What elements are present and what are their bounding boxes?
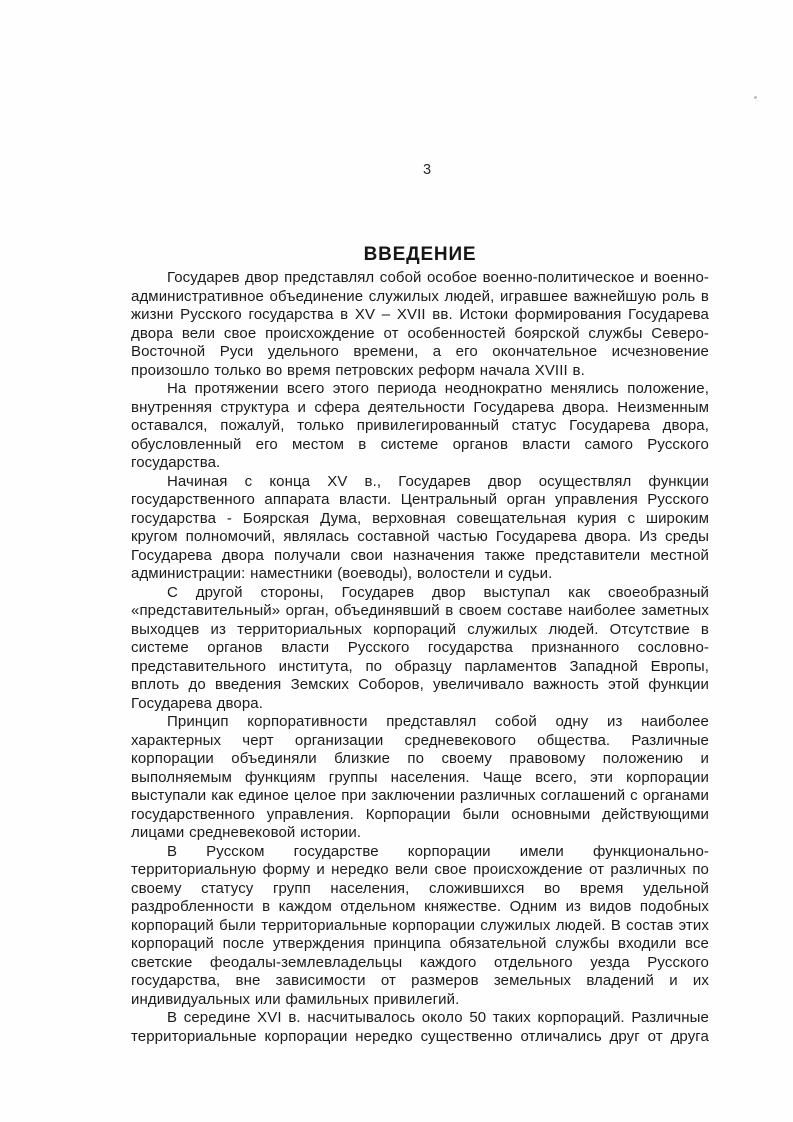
- paragraph: Государев двор представлял собой особое …: [131, 269, 709, 380]
- paragraph: Начиная с конца XV в., Государев двор ос…: [131, 473, 709, 584]
- document-page: 3 ВВЕДЕНИЕ Государев двор представлял со…: [0, 0, 793, 1122]
- page-number: 3: [138, 163, 716, 178]
- paragraph: В Русском государстве корпорации имели ф…: [131, 843, 709, 1010]
- paragraph: В середине XVI в. насчитывалось около 50…: [131, 1009, 709, 1046]
- paragraph: На протяжении всего этого периода неодно…: [131, 380, 709, 473]
- paragraph: С другой стороны, Государев двор выступа…: [131, 584, 709, 714]
- scan-speck: [754, 96, 757, 99]
- paragraph: Принцип корпоративности представлял собо…: [131, 713, 709, 843]
- body-text: Государев двор представлял собой особое …: [131, 269, 709, 1046]
- section-title: ВВЕДЕНИЕ: [131, 244, 709, 266]
